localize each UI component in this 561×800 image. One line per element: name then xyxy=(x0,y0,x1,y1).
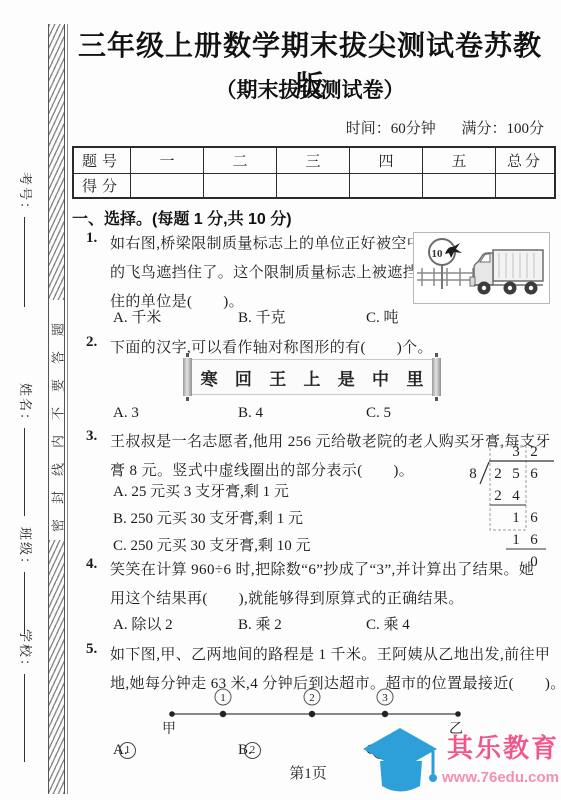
question-4-line: 用这个结果再( ),就能够得到原算式的正确结果。 xyxy=(70,585,550,614)
seal-hatch-top xyxy=(49,24,64,300)
option-c: C. 250 元买 30 支牙膏,剩 10 元 xyxy=(113,538,311,554)
exam-info-line: 时间：60分钟 满分：100分 xyxy=(70,117,544,138)
question-5-line: 如下图,甲、乙两地间的路程是 1 千米。王阿姨从乙地出发,前往甲 xyxy=(70,641,550,670)
time-info: 时间：60分钟 xyxy=(346,121,436,137)
score-header-cell: 题号 xyxy=(73,147,131,174)
point-dot xyxy=(382,711,388,717)
option-c: C. 乘 4 xyxy=(366,613,410,634)
score-table: 题号 一 二 三 四 五 总分 得分 xyxy=(72,146,556,199)
class-label: 班级： xyxy=(18,527,33,572)
scroll-roller-right-icon xyxy=(432,358,441,396)
score-table-score-row: 得分 xyxy=(73,174,555,199)
scroll-char: 中 xyxy=(372,365,389,390)
question-3-number: 3. xyxy=(86,428,97,445)
truck-icon xyxy=(470,250,543,295)
exam-no-label: 考号： xyxy=(18,172,33,217)
option-b: B. 4 xyxy=(238,405,263,422)
question-3-option-a: A. 25 元买 3 支牙膏,剩 1 元 xyxy=(113,479,289,506)
quotient-digit: 3 xyxy=(512,444,520,460)
question-3-long-division: 3 2 8 2 5 6 2 4 1 6 1 6 0 xyxy=(468,444,560,572)
option-a: A. 3 xyxy=(113,405,139,422)
question-2-scroll-figure: 寒 回 王 上 是 中 里 xyxy=(183,355,441,399)
scroll-characters: 寒 回 王 上 是 中 里 xyxy=(192,359,432,395)
scroll-char: 上 xyxy=(303,365,320,390)
work-digit: 2 xyxy=(494,488,502,504)
point-label: 1 xyxy=(220,692,226,704)
divisor: 8 xyxy=(469,466,477,482)
score-cell-empty xyxy=(131,174,204,199)
question-2-options: A. 3 B. 4 C. 5 xyxy=(0,405,561,427)
score-cell-empty xyxy=(277,174,350,199)
truck-bridge-sign-illustration: 10 xyxy=(414,233,547,301)
point-dot xyxy=(220,711,226,717)
point-label: 3 xyxy=(382,692,388,704)
option-c: C. 5 xyxy=(366,405,391,422)
question-1-options: A. 千米 B. 千克 C. 吨 xyxy=(0,306,561,328)
question-4-line: 笑笑在计算 960÷6 时,把除数“6”抄成了“3”,并计算出了结果。她 xyxy=(70,556,550,585)
quotient-digit: 2 xyxy=(530,444,538,460)
scroll-char: 里 xyxy=(406,365,423,390)
weight-limit-sign-icon: 10 xyxy=(429,239,455,289)
scroll-char: 寒 xyxy=(201,365,218,390)
full-score-info: 满分：100分 xyxy=(461,121,544,137)
option-a: A. 千米 xyxy=(113,306,161,327)
score-cell-empty xyxy=(423,174,496,199)
question-2-number: 2. xyxy=(86,334,97,351)
score-header-cell: 一 xyxy=(131,147,204,174)
watermark-text: 其乐教育 www.76edu.com xyxy=(425,728,559,786)
endpoint-dot xyxy=(455,711,461,717)
work-digit: 4 xyxy=(512,488,520,504)
option-a: A. 除以 2 xyxy=(113,613,173,634)
work-digit: 6 xyxy=(530,510,538,526)
watermark-logo: 其乐教育 www.76edu.com xyxy=(363,722,559,798)
dividend-digit: 6 xyxy=(530,466,538,482)
question-1-figure: 10 xyxy=(413,232,550,304)
option-b: B. 千克 xyxy=(238,306,286,327)
score-row-label: 得分 xyxy=(73,174,131,199)
section-one-heading: 一、选择。(每题 1 分,共 10 分) xyxy=(72,206,292,229)
score-cell-empty xyxy=(350,174,423,199)
division-bracket xyxy=(480,462,489,484)
dividend-digit: 5 xyxy=(512,466,520,482)
exam-paper-page: 考号： 姓名： 班级： 学校： 密封线内不要答题 三年级上册数学期末拔尖测试卷苏… xyxy=(0,0,561,800)
scroll-roller-left-icon xyxy=(183,358,192,396)
score-header-cell: 五 xyxy=(423,147,496,174)
question-4-options: A. 除以 2 B. 乘 2 C. 乘 4 xyxy=(0,613,561,635)
score-table-header-row: 题号 一 二 三 四 五 总分 xyxy=(73,147,555,174)
circled-digit: 2 xyxy=(244,742,261,759)
exam-no-blank xyxy=(24,217,26,307)
option-a: A. 25 元买 3 支牙膏,剩 1 元 xyxy=(113,484,289,500)
scroll-char: 是 xyxy=(338,365,355,390)
question-4-number: 4. xyxy=(86,556,97,573)
work-digit: 1 xyxy=(512,532,520,548)
question-4: 4. 笑笑在计算 960÷6 时,把除数“6”抄成了“3”,并计算出了结果。她 … xyxy=(70,556,550,614)
option-b: B. 乘 2 xyxy=(238,613,282,634)
score-cell-empty xyxy=(496,174,556,199)
score-header-cell: 二 xyxy=(204,147,277,174)
dividend-digit: 2 xyxy=(494,466,502,482)
question-3-option-b: B. 250 元买 30 支牙膏,剩 1 元 xyxy=(113,506,303,533)
option-c: C. 吨 xyxy=(366,306,399,327)
point-dot xyxy=(309,711,315,717)
scroll-char: 回 xyxy=(235,365,252,390)
question-5-number: 5. xyxy=(86,641,97,658)
exam-no-field: 考号： xyxy=(17,172,36,307)
option-b: B. 250 元买 30 支牙膏,剩 1 元 xyxy=(113,511,303,527)
sign-value: 10 xyxy=(432,248,444,260)
name-blank xyxy=(24,428,26,516)
circled-digit: 1 xyxy=(119,742,136,759)
endpoint-dot xyxy=(169,711,175,717)
left-endpoint-label: 甲 xyxy=(162,721,176,737)
score-header-cell: 四 xyxy=(350,147,423,174)
score-cell-empty xyxy=(204,174,277,199)
score-header-cell: 总分 xyxy=(496,147,556,174)
name-field: 姓名： xyxy=(17,383,36,516)
work-digit: 1 xyxy=(512,510,520,526)
work-digit: 6 xyxy=(530,532,538,548)
point-label: 2 xyxy=(309,692,315,704)
long-division-figure: 3 2 8 2 5 6 2 4 1 6 1 6 0 xyxy=(468,444,560,572)
school-label: 学校： xyxy=(18,629,33,674)
question-1-number: 1. xyxy=(86,230,97,247)
score-header-cell: 三 xyxy=(277,147,350,174)
brand-name: 其乐教育 xyxy=(425,728,559,765)
brand-url: www.76edu.com xyxy=(425,769,559,786)
page-subtitle: （期末拔尖测试卷） xyxy=(70,74,550,104)
scroll-char: 王 xyxy=(269,365,286,390)
